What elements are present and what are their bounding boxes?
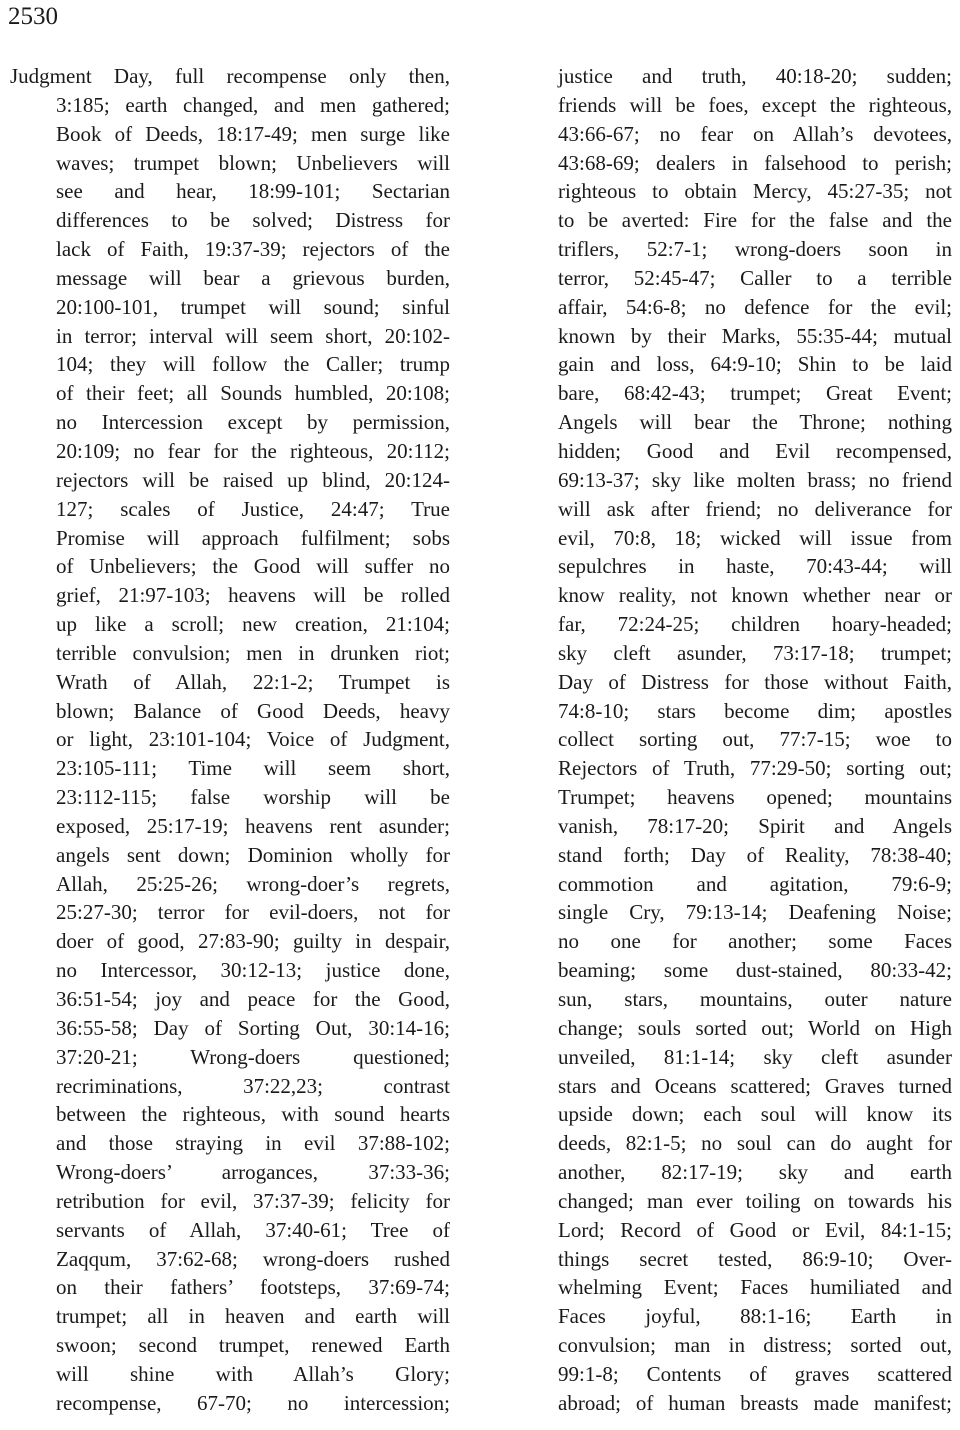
index-entry-line: 43:68-69; dealers in falsehood to perish… [558,149,952,178]
index-entry-line: lack of Faith, 19:37-39; rejectors of th… [10,235,450,264]
index-entry-line: evil, 70:8, 18; wicked will issue from [558,524,952,553]
index-entry-line: deeds, 82:1-5; no soul can do aught for [558,1129,952,1158]
index-entry-line: or light, 23:101-104; Voice of Judgment, [10,725,450,754]
index-entry-line: affair, 54:6-8; no defence for the evil; [558,293,952,322]
index-entry-line: single Cry, 79:13-14; Deafening Noise; [558,898,952,927]
index-entry-line: righteous to obtain Mercy, 45:27-35; not [558,177,952,206]
index-entry-line: in terror; interval will seem short, 20:… [10,322,450,351]
index-entry-line: 99:1-8; Contents of graves scattered [558,1360,952,1389]
index-entry-line: abroad; of human breasts made manifest; [558,1389,952,1418]
index-column-left: Judgment Day, full recompense only then,… [10,62,450,1418]
index-entry-line: message will bear a grievous burden, [10,264,450,293]
index-entry-line: terror, 52:45-47; Caller to a terrible [558,264,952,293]
index-entry-line: stars and Oceans scattered; Graves turne… [558,1072,952,1101]
index-entry-line: Rejectors of Truth, 77:29-50; sorting ou… [558,754,952,783]
index-entry-line: Faces joyful, 88:1-16; Earth in [558,1302,952,1331]
index-entry-line: up like a scroll; new creation, 21:104; [10,610,450,639]
index-entry-line: 23:112-115; false worship will be [10,783,450,812]
index-entry-line: sepulchres in haste, 70:43-44; will [558,552,952,581]
index-entry-line: 43:66-67; no fear on Allah’s devotees, [558,120,952,149]
index-entry-line: recompense, 67-70; no intercession; [10,1389,450,1418]
index-entry-line: Allah, 25:25-26; wrong-doer’s regrets, [10,870,450,899]
index-entry-line: see and hear, 18:99-101; Sectarian [10,177,450,206]
index-entry-line: trumpet; all in heaven and earth will [10,1302,450,1331]
index-entry-line: on their fathers’ footsteps, 37:69-74; [10,1273,450,1302]
index-entry-line: known by their Marks, 55:35-44; mutual [558,322,952,351]
index-entry-line: upside down; each soul will know its [558,1100,952,1129]
index-entry-line: 74:8-10; stars become dim; apostles [558,697,952,726]
index-entry-line: servants of Allah, 37:40-61; Tree of [10,1216,450,1245]
index-entry-line: blown; Balance of Good Deeds, heavy [10,697,450,726]
index-entry-line: no Intercessor, 30:12-13; justice done, [10,956,450,985]
index-entry-line: sun, stars, mountains, outer nature [558,985,952,1014]
index-entry-line: triflers, 52:7-1; wrong-doers soon in [558,235,952,264]
index-entry-line: whelming Event; Faces humiliated and [558,1273,952,1302]
index-entry-line: Day of Distress for those without Faith, [558,668,952,697]
index-entry-line: recriminations, 37:22,23; contrast [10,1072,450,1101]
index-entry-line: 23:105-111; Time will seem short, [10,754,450,783]
index-entry-line: will ask after friend; no deliverance fo… [558,495,952,524]
index-entry-line: gain and loss, 64:9-10; Shin to be laid [558,350,952,379]
index-entry-line: Book of Deeds, 18:17-49; men surge like [10,120,450,149]
index-entry-line: 37:20-21; Wrong-doers questioned; [10,1043,450,1072]
index-entry-line: will shine with Allah’s Glory; [10,1360,450,1389]
index-entry-line: to be averted: Fire for the false and th… [558,206,952,235]
index-entry-line: and those straying in evil 37:88-102; [10,1129,450,1158]
index-entry-line: stand forth; Day of Reality, 78:38-40; [558,841,952,870]
index-entry-line: of Unbelievers; the Good will suffer no [10,552,450,581]
index-entry-line: no Intercession except by permission, [10,408,450,437]
index-entry-line: 20:100-101, trumpet will sound; sinful [10,293,450,322]
index-entry-line: Wrath of Allah, 22:1-2; Trumpet is [10,668,450,697]
index-entry-line: 36:55-58; Day of Sorting Out, 30:14-16; [10,1014,450,1043]
index-entry-line: differences to be solved; Distress for [10,206,450,235]
index-entry-line: change; souls sorted out; World on High [558,1014,952,1043]
index-entry-line: Trumpet; heavens opened; mountains [558,783,952,812]
index-entry-line: waves; trumpet blown; Unbelievers will [10,149,450,178]
index-entry-line: sky cleft asunder, 73:17-18; trumpet; [558,639,952,668]
index-entry-line: collect sorting out, 77:7-15; woe to [558,725,952,754]
index-entry-line: exposed, 25:17-19; heavens rent asunder; [10,812,450,841]
index-entry-line: Lord; Record of Good or Evil, 84:1-15; [558,1216,952,1245]
index-entry-line: Promise will approach fulfilment; sobs [10,524,450,553]
index-entry-line: 20:109; no fear for the righteous, 20:11… [10,437,450,466]
index-entry-line: swoon; second trumpet, renewed Earth [10,1331,450,1360]
index-entry-line: Angels will bear the Throne; nothing [558,408,952,437]
index-entry-line: Zaqqum, 37:62-68; wrong-doers rushed [10,1245,450,1274]
index-entry-line: friends will be foes, except the righteo… [558,91,952,120]
index-entry-line: 104; they will follow the Caller; trump [10,350,450,379]
index-entry-line: doer of good, 27:83-90; guilty in despai… [10,927,450,956]
index-entry-line: 69:13-37; sky like molten brass; no frie… [558,466,952,495]
index-entry-line: far, 72:24-25; children hoary-headed; [558,610,952,639]
index-entry-line: another, 82:17-19; sky and earth [558,1158,952,1187]
index-entry-line: 127; scales of Justice, 24:47; True [10,495,450,524]
index-entry-line: no one for another; some Faces [558,927,952,956]
index-entry-line: rejectors will be raised up blind, 20:12… [10,466,450,495]
index-column-right: justice and truth, 40:18-20; sudden;frie… [558,62,952,1418]
index-entry-line: grief, 21:97-103; heavens will be rolled [10,581,450,610]
index-entry-line: convulsion; man in distress; sorted out, [558,1331,952,1360]
page-number: 2530 [8,2,58,32]
index-entry-line: 36:51-54; joy and peace for the Good, [10,985,450,1014]
index-entry-line: bare, 68:42-43; trumpet; Great Event; [558,379,952,408]
index-entry-line: retribution for evil, 37:37-39; felicity… [10,1187,450,1216]
index-entry-line: 3:185; earth changed, and men gathered; [10,91,450,120]
index-entry-line: beaming; some dust-stained, 80:33-42; [558,956,952,985]
index-entry-line: justice and truth, 40:18-20; sudden; [558,62,952,91]
index-entry-line: between the righteous, with sound hearts [10,1100,450,1129]
index-entry-line: of their feet; all Sounds humbled, 20:10… [10,379,450,408]
index-entry-line: 25:27-30; terror for evil-doers, not for [10,898,450,927]
index-entry-line: Wrong-doers’ arrogances, 37:33-36; [10,1158,450,1187]
index-entry-line: terrible convulsion; men in drunken riot… [10,639,450,668]
index-entry-line: unveiled, 81:1-14; sky cleft asunder [558,1043,952,1072]
index-entry-line: vanish, 78:17-20; Spirit and Angels [558,812,952,841]
index-entry-line: angels sent down; Dominion wholly for [10,841,450,870]
index-entry-line: commotion and agitation, 79:6-9; [558,870,952,899]
index-entry-line: things secret tested, 86:9-10; Over- [558,1245,952,1274]
index-entry-line: know reality, not known whether near or [558,581,952,610]
index-entry-line: changed; man ever toiling on towards his [558,1187,952,1216]
index-entry-line: hidden; Good and Evil recompensed, [558,437,952,466]
index-entry-line: Judgment Day, full recompense only then, [10,62,450,91]
